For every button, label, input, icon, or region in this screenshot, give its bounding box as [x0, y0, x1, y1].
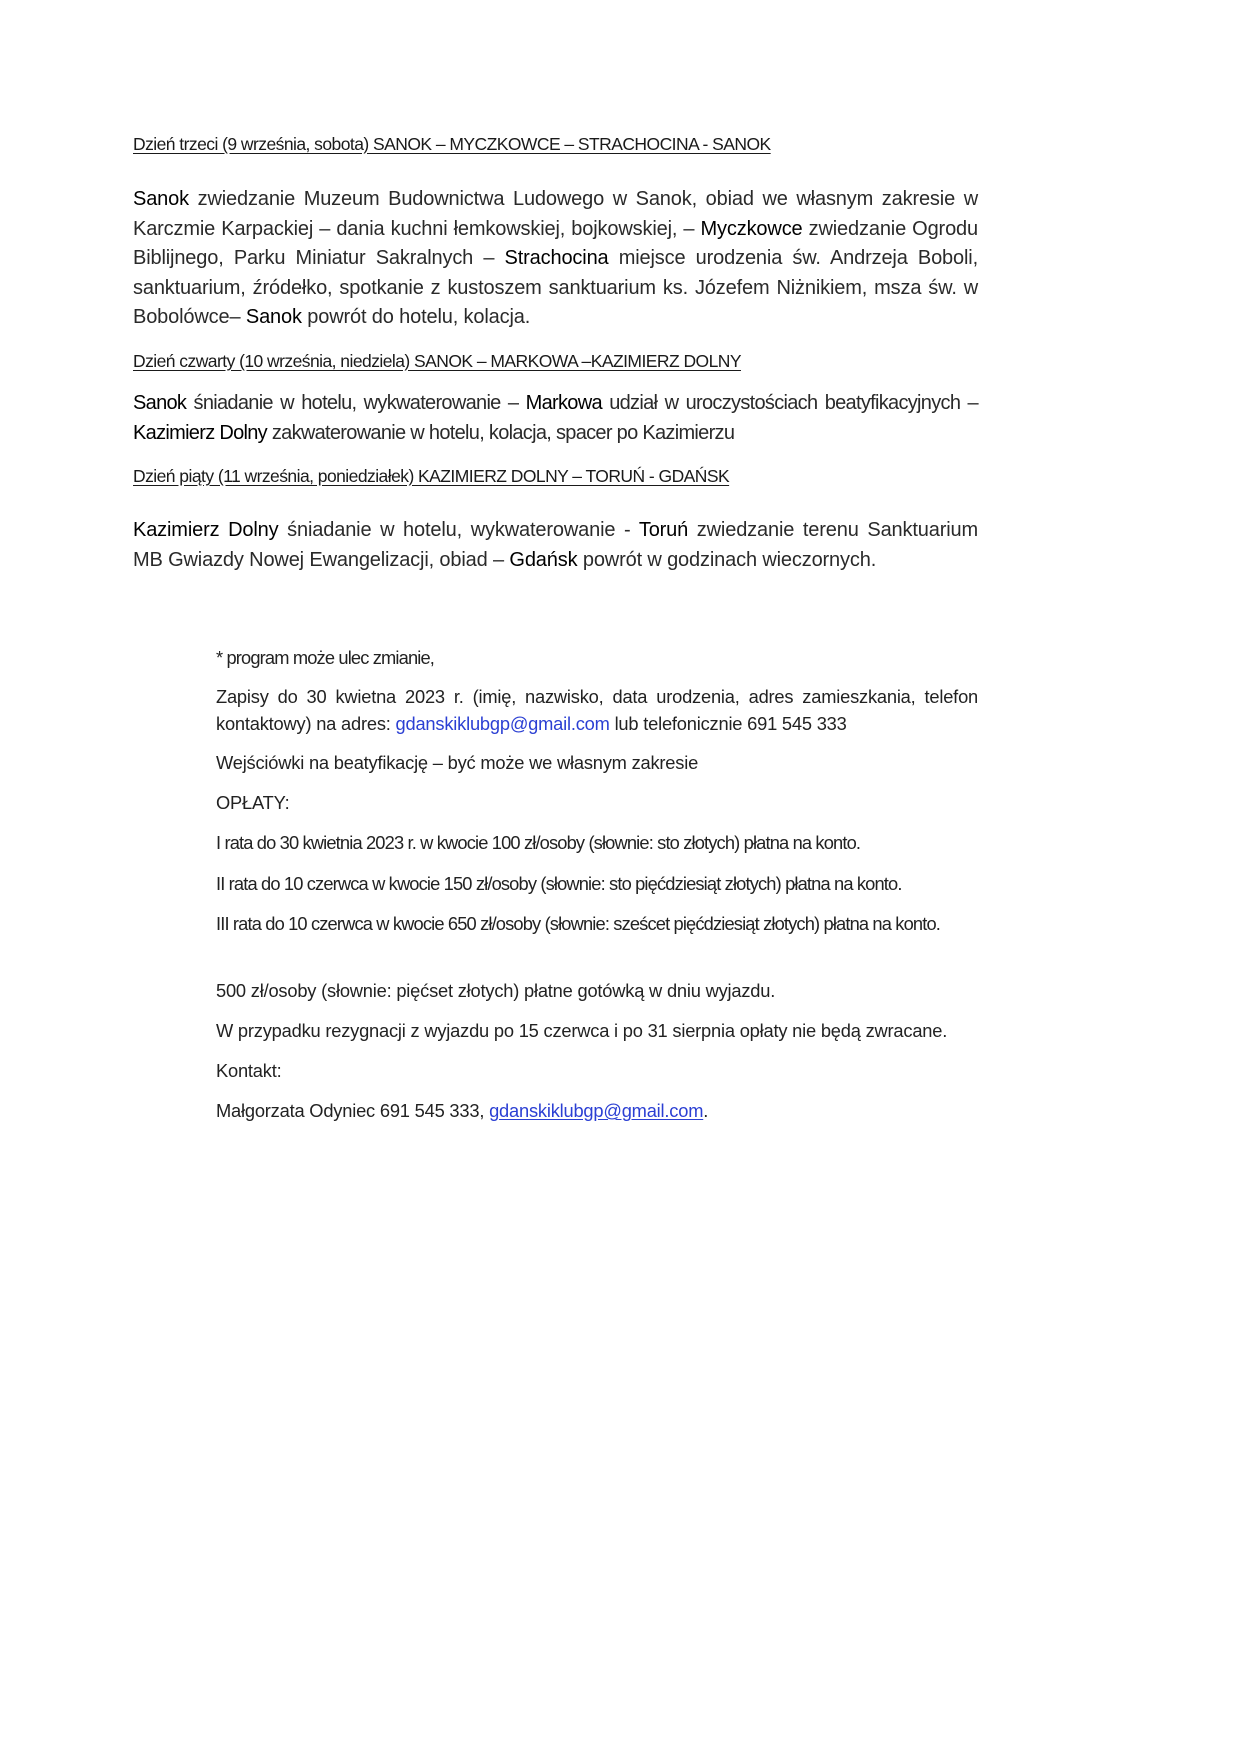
contact-details: Małgorzata Odyniec 691 545 333, gdanskik…	[216, 1098, 708, 1125]
place-kazimierz-dolny: Kazimierz Dolny	[133, 422, 267, 444]
place-kazimierz-dolny: Kazimierz Dolny	[133, 519, 279, 541]
day5-text-3: powrót w godzinach wieczornych.	[577, 549, 876, 571]
place-strachocina: Strachocina	[505, 247, 609, 269]
installment-3: III rata do 10 czerwca w kwocie 650 zł/o…	[216, 911, 978, 938]
place-torun: Toruń	[639, 519, 688, 541]
day4-heading: Dzień czwarty (10 września, niedziela) S…	[133, 351, 741, 372]
tickets-note: Wejściówki na beatyfikację – być może we…	[216, 750, 698, 777]
contact-label: Kontakt:	[216, 1058, 281, 1085]
registration-phone: lub telefonicznie 691 545 333	[610, 713, 847, 734]
contact-trailing: .	[703, 1100, 708, 1121]
place-sanok: Sanok	[133, 392, 186, 414]
day3-heading: Dzień trzeci (9 września, sobota) SANOK …	[133, 134, 771, 155]
registration-info: Zapisy do 30 kwietna 2023 r. (imię, nazw…	[216, 684, 978, 737]
cash-payment-note: 500 zł/osoby (słownie: pięćset złotych) …	[216, 978, 775, 1005]
installment-1: I rata do 30 kwietnia 2023 r. w kwocie 1…	[216, 830, 860, 857]
program-change-note: * program może ulec zmianie,	[216, 645, 434, 672]
contact-email-link[interactable]: gdanskiklubgp@gmail.com	[489, 1100, 703, 1121]
contact-name-phone: Małgorzata Odyniec 691 545 333,	[216, 1100, 489, 1121]
place-sanok-return: Sanok	[246, 306, 302, 328]
cancellation-note: W przypadku rezygnacji z wyjazdu po 15 c…	[216, 1018, 947, 1045]
day3-text-4: powrót do hotelu, kolacja.	[302, 306, 530, 328]
document-page: Dzień trzeci (9 września, sobota) SANOK …	[0, 0, 1240, 1754]
day5-heading: Dzień piąty (11 września, poniedziałek) …	[133, 466, 729, 487]
place-sanok: Sanok	[133, 188, 189, 210]
day3-description: Sanok zwiedzanie Muzeum Budownictwa Ludo…	[133, 185, 978, 333]
day5-text-1: śniadanie w hotelu, wykwaterowanie -	[279, 519, 639, 541]
fees-label: OPŁATY:	[216, 790, 289, 817]
day4-text-3: zakwaterowanie w hotelu, kolacja, spacer…	[267, 422, 734, 444]
registration-email-link[interactable]: gdanskiklubgp@gmail.com	[396, 713, 610, 734]
place-markowa: Markowa	[526, 392, 602, 414]
place-gdansk: Gdańsk	[509, 549, 577, 571]
day4-text-2: udział w uroczystościach beatyfikacyjnyc…	[602, 392, 978, 414]
day5-description: Kazimierz Dolny śniadanie w hotelu, wykw…	[133, 516, 978, 575]
installment-2: II rata do 10 czerwca w kwocie 150 zł/os…	[216, 871, 902, 898]
day4-description: Sanok śniadanie w hotelu, wykwaterowanie…	[133, 389, 978, 448]
day4-text-1: śniadanie w hotelu, wykwaterowanie –	[186, 392, 525, 414]
place-myczkowce: Myczkowce	[701, 218, 803, 240]
